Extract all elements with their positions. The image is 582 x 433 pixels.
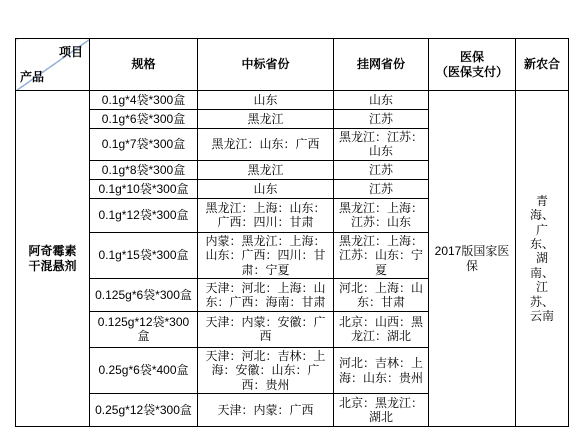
spec-cell: 0.125g*6袋*300盒 (90, 278, 198, 311)
listed-provinces-cell: 江苏 (334, 179, 429, 198)
spec-cell: 0.25g*12袋*300盒 (90, 394, 198, 427)
bid-provinces-cell: 黑龙江：上海：山东：广西：四川：甘肃 (198, 198, 334, 232)
bid-provinces-cell: 内蒙：黑龙江：上海：山东：广西：四川：甘肃：宁夏 (198, 232, 334, 278)
spec-cell: 0.1g*4袋*300盒 (90, 91, 198, 110)
listed-provinces-cell: 山东 (334, 91, 429, 110)
listed-provinces-cell: 河北：吉林：上海：山东：贵州 (334, 347, 429, 393)
table-header-row: 项目 产品 规格 中标省份 挂网省份 医保 （医保支付） 新农合 (16, 39, 569, 91)
bid-provinces-cell: 天津：河北：吉林：上海：安徽：山东：广西：贵州 (198, 347, 334, 393)
bid-provinces-cell: 天津：河北：上海：山东：广西：海南：甘肃 (198, 278, 334, 311)
bid-provinces-cell: 黑龙江 (198, 160, 334, 179)
listed-provinces-cell: 江苏 (334, 110, 429, 129)
column-header-rural: 新农合 (516, 39, 569, 91)
listed-provinces-cell: 黑龙江：江苏：山东 (334, 129, 429, 161)
spec-cell: 0.1g*10袋*300盒 (90, 179, 198, 198)
column-header-spec: 规格 (90, 39, 198, 91)
drug-info-table: 项目 产品 规格 中标省份 挂网省份 医保 （医保支付） 新农合 阿奇霉素干混悬… (15, 38, 569, 427)
listed-provinces-cell: 北京：黑龙江：湖北 (334, 394, 429, 427)
bid-provinces-cell: 天津：内蒙：广西 (198, 394, 334, 427)
column-header-bid-provinces: 中标省份 (198, 39, 334, 91)
diagonal-header-product-label: 产品 (20, 70, 44, 84)
table-row: 阿奇霉素干混悬剂 0.1g*4袋*300盒 山东 山东 2017版国家医保 青海… (16, 91, 569, 110)
listed-provinces-cell: 黑龙江：上海：江苏：山东：宁夏 (334, 232, 429, 278)
bid-provinces-cell: 黑龙江：山东：广西 (198, 129, 334, 161)
insurance-cell: 2017版国家医保 (429, 91, 516, 427)
listed-provinces-cell: 北京：山西：黑龙江：湖北 (334, 311, 429, 347)
column-header-listed-provinces: 挂网省份 (334, 39, 429, 91)
bid-provinces-cell: 山东 (198, 91, 334, 110)
product-name-cell: 阿奇霉素干混悬剂 (16, 91, 90, 427)
spec-cell: 0.1g*7袋*300盒 (90, 129, 198, 161)
diagonal-header-cell: 项目 产品 (16, 39, 90, 91)
listed-provinces-cell: 江苏 (334, 160, 429, 179)
spec-cell: 0.1g*8袋*300盒 (90, 160, 198, 179)
spec-cell: 0.1g*12袋*300盒 (90, 198, 198, 232)
listed-provinces-cell: 河北：上海：山东：甘肃 (334, 278, 429, 311)
spec-cell: 0.25g*6袋*400盒 (90, 347, 198, 393)
spec-cell: 0.1g*15袋*300盒 (90, 232, 198, 278)
column-header-insurance: 医保 （医保支付） (429, 39, 516, 91)
insurance-header-line1: 医保 (431, 50, 513, 64)
spec-cell: 0.1g*6袋*300盒 (90, 110, 198, 129)
bid-provinces-cell: 山东 (198, 179, 334, 198)
bid-provinces-cell: 黑龙江 (198, 110, 334, 129)
bid-provinces-cell: 天津：内蒙：安徽：广西 (198, 311, 334, 347)
insurance-header-line2: （医保支付） (431, 65, 513, 79)
page: 项目 产品 规格 中标省份 挂网省份 医保 （医保支付） 新农合 阿奇霉素干混悬… (0, 0, 582, 433)
spec-cell: 0.125g*12袋*300盒 (90, 311, 198, 347)
listed-provinces-cell: 黑龙江：上海：江苏：山东 (334, 198, 429, 232)
diagonal-header-project-label: 项目 (59, 45, 83, 59)
rural-cooperative-cell: 青海、广东、湖南、江苏、云南 (516, 91, 569, 427)
